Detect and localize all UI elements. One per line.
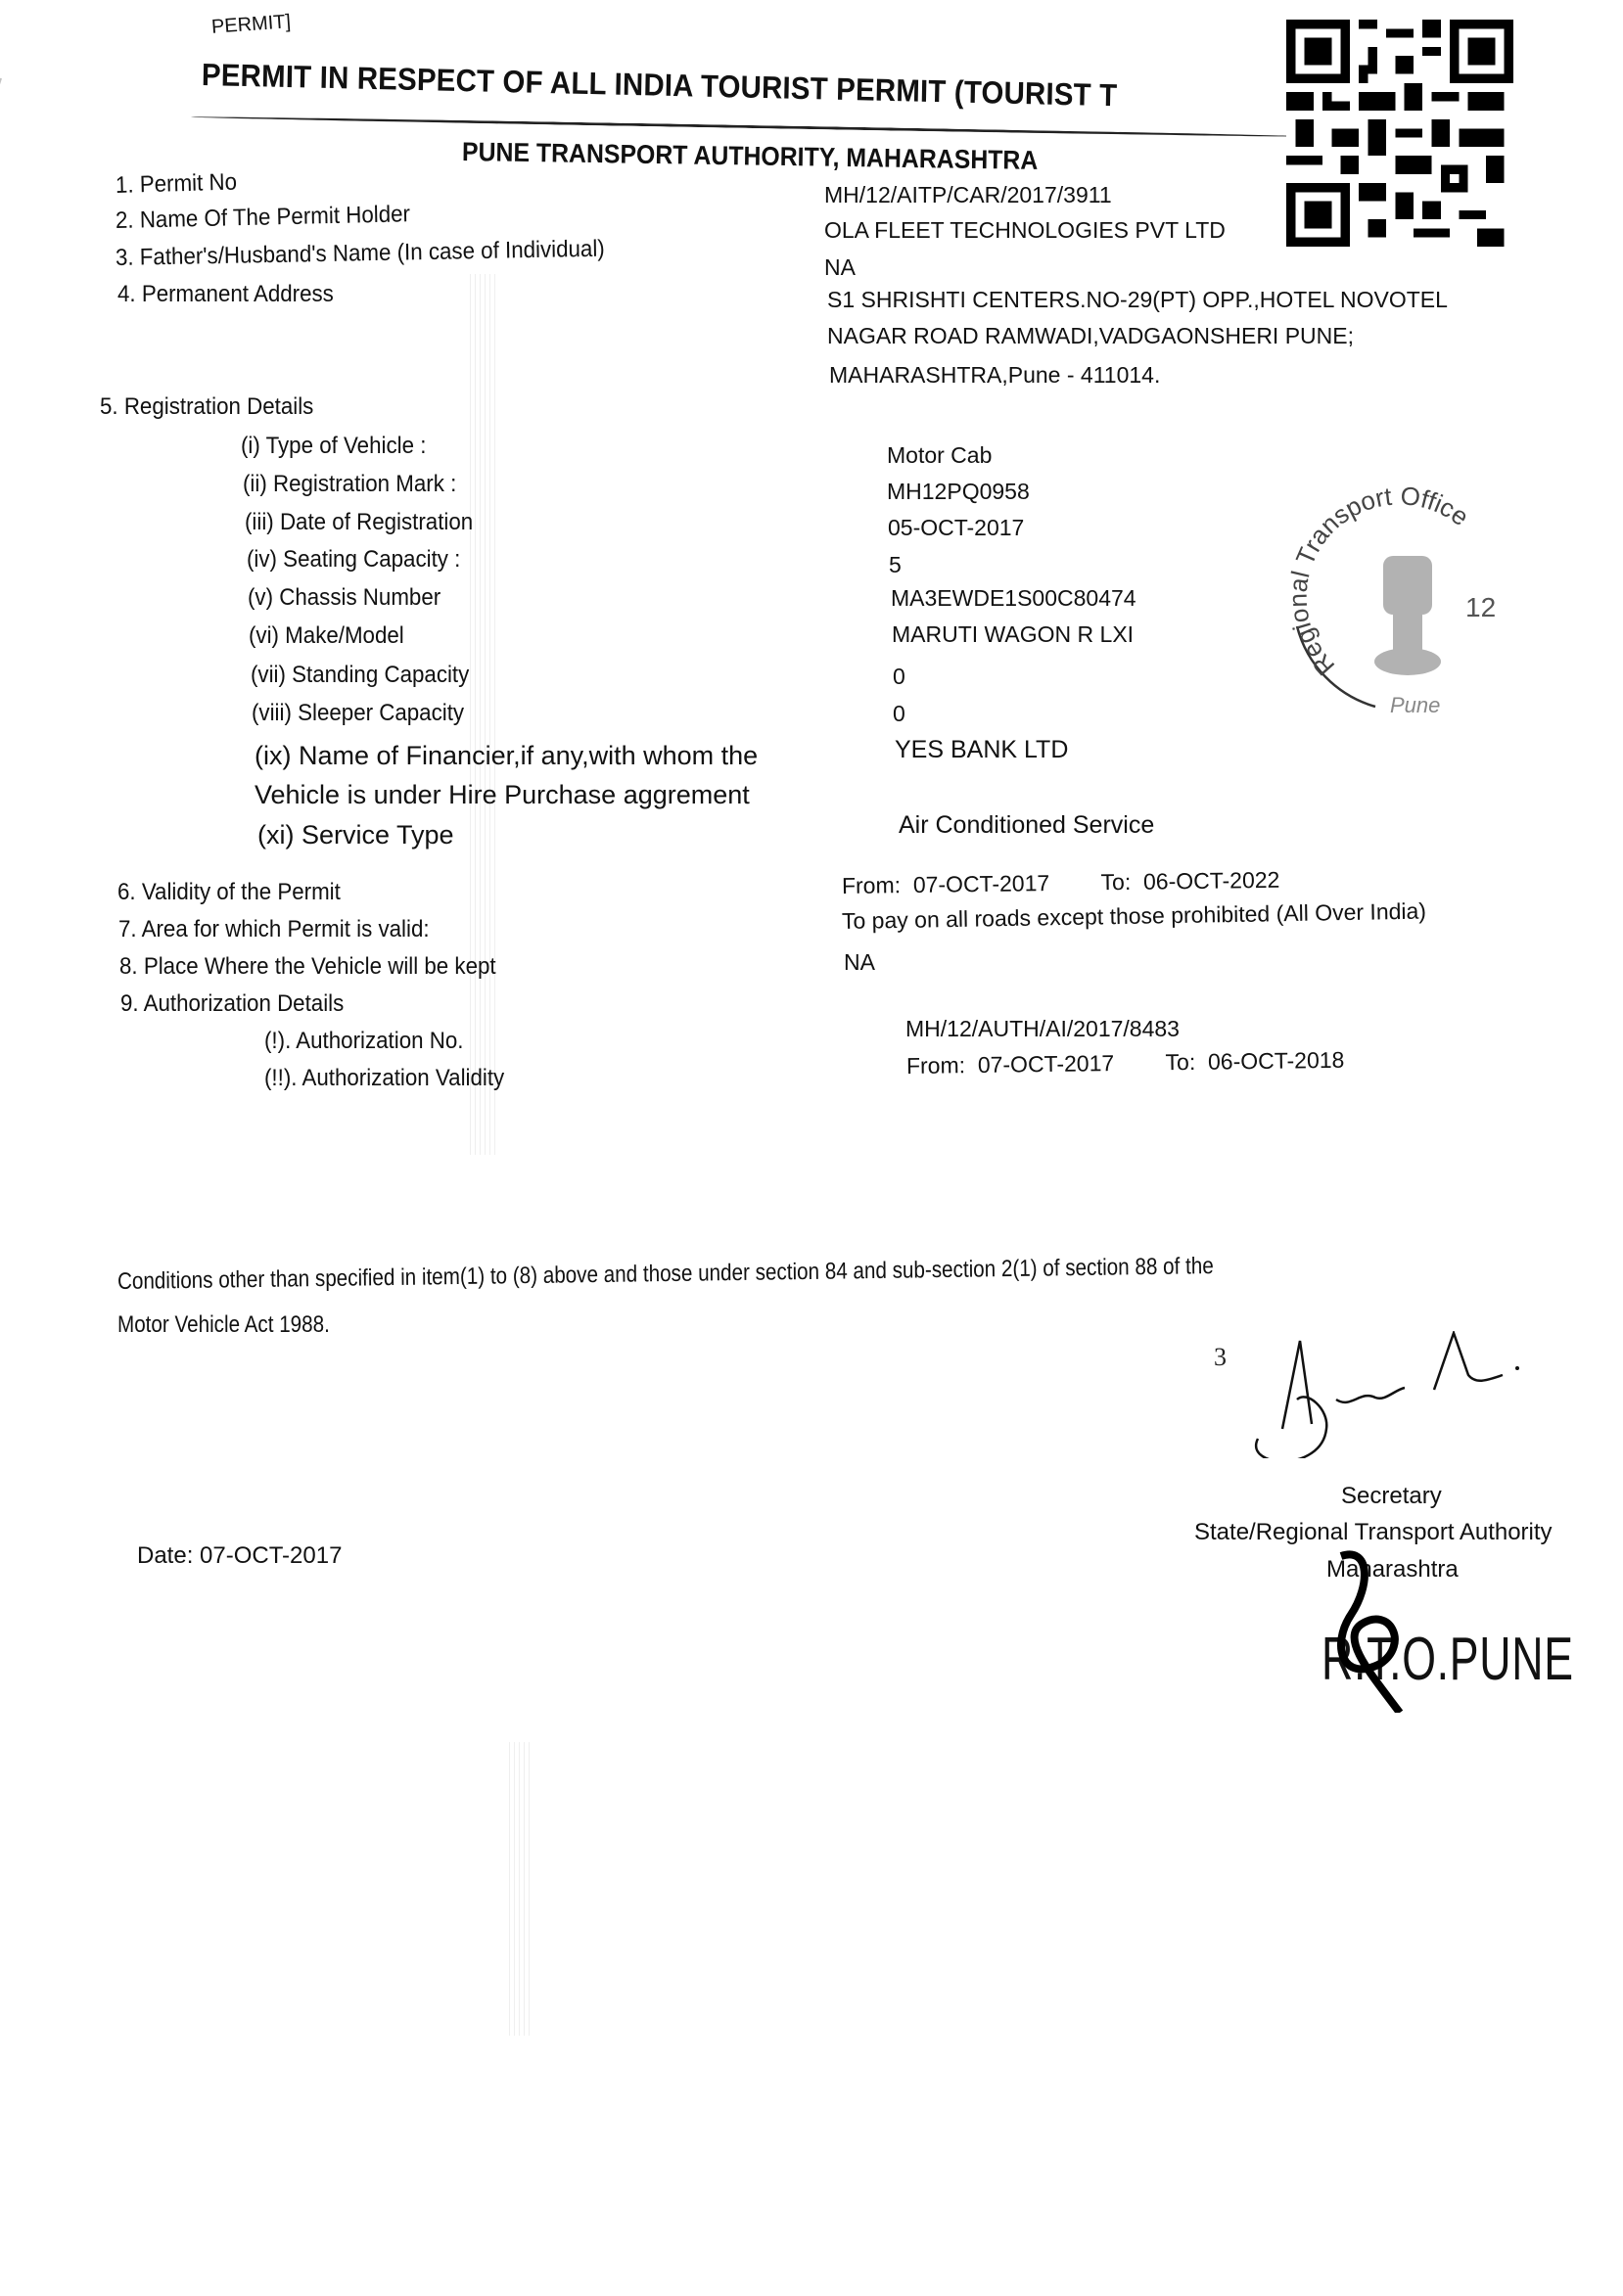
seating-capacity-value: 5: [889, 552, 902, 578]
service-type-value: Air Conditioned Service: [899, 811, 1154, 840]
chassis-number-label: (v) Chassis Number: [248, 584, 441, 612]
auth-to-label: To:: [1165, 1049, 1195, 1075]
standing-capacity-value: 0: [893, 664, 905, 690]
validity-from-date: 07-OCT-2017: [913, 870, 1050, 897]
document-subtitle: PUNE TRANSPORT AUTHORITY, MAHARASHTRA: [462, 137, 1039, 176]
holder-name-label: 2. Name Of The Permit Holder: [116, 201, 410, 235]
signature-icon: 3: [1214, 1331, 1537, 1458]
scan-edge-line: [0, 78, 2, 340]
address-line-3: MAHARASHTRA,Pune - 411014.: [829, 362, 1160, 389]
conditions-line-1: Conditions other than specified in item(…: [117, 1253, 1214, 1296]
permit-validity-range: From: 07-OCT-2017 To: 06-OCT-2022: [842, 867, 1280, 899]
chassis-number-value: MA3EWDE1S00C80474: [891, 585, 1136, 612]
father-name-label: 3. Father's/Husband's Name (In case of I…: [116, 236, 605, 272]
scan-noise: [470, 274, 499, 1155]
corner-fragment: PERMIT]: [210, 11, 292, 39]
auth-from-date: 07-OCT-2017: [978, 1050, 1115, 1078]
registration-mark-value: MH12PQ0958: [887, 479, 1030, 505]
seal-scribble-icon: [1312, 1546, 1429, 1713]
auth-from-label: From:: [906, 1052, 965, 1079]
signatory-org: State/Regional Transport Authority: [1194, 1519, 1553, 1546]
conditions-line-2: Motor Vehicle Act 1988.: [117, 1311, 330, 1339]
authorization-no-value: MH/12/AUTH/AI/2017/8483: [905, 1016, 1180, 1042]
make-model-value: MARUTI WAGON R LXI: [892, 621, 1134, 648]
authorization-no-label: (!). Authorization No.: [264, 1028, 463, 1055]
svg-text:Regional Transport Office: Regional Transport Office: [1283, 481, 1475, 681]
authorization-validity-range: From: 07-OCT-2017 To: 06-OCT-2018: [906, 1047, 1345, 1079]
stamp-city: Pune: [1390, 693, 1440, 717]
title-underline: [191, 115, 1307, 138]
place-kept-value: NA: [844, 949, 875, 976]
permit-validity-label: 6. Validity of the Permit: [117, 879, 341, 906]
permit-no-value: MH/12/AITP/CAR/2017/3911: [824, 182, 1112, 208]
auth-to-date: 06-OCT-2018: [1208, 1047, 1345, 1075]
registration-date-label: (iii) Date of Registration: [245, 509, 473, 536]
validity-to-label: To:: [1100, 869, 1131, 895]
registration-details-heading: 5. Registration Details: [100, 393, 313, 421]
financier-label-continued: Vehicle is under Hire Purchase aggrement: [255, 780, 750, 810]
scan-noise: [509, 1742, 533, 2036]
registration-mark-label: (ii) Registration Mark :: [243, 471, 456, 498]
address-label: 4. Permanent Address: [117, 281, 334, 308]
make-model-label: (vi) Make/Model: [249, 622, 404, 650]
issue-date: Date: 07-OCT-2017: [137, 1542, 342, 1570]
permit-no-label: 1. Permit No: [116, 169, 238, 200]
seating-capacity-label: (iv) Seating Capacity :: [247, 546, 460, 574]
validity-to-date: 06-OCT-2022: [1143, 867, 1280, 895]
financier-value: YES BANK LTD: [895, 736, 1068, 764]
sleeper-capacity-label: (viii) Sleeper Capacity: [252, 700, 464, 727]
document-title: PERMIT IN RESPECT OF ALL INDIA TOURIST P…: [202, 57, 1118, 114]
valid-area-label: 7. Area for which Permit is valid:: [118, 916, 430, 943]
father-name-value: NA: [824, 254, 856, 281]
rto-stamp-icon: Regional Transport Office 12 Pune: [1277, 480, 1542, 724]
sleeper-capacity-value: 0: [893, 701, 905, 727]
standing-capacity-label: (vii) Standing Capacity: [251, 662, 469, 689]
registration-date-value: 05-OCT-2017: [888, 515, 1024, 541]
qr-code-icon: [1277, 20, 1522, 247]
financier-label: (ix) Name of Financier,if any,with whom …: [255, 741, 758, 771]
address-line-1: S1 SHRISHTI CENTERS.NO-29(PT) OPP.,HOTEL…: [827, 287, 1448, 313]
authorization-details-heading: 9. Authorization Details: [120, 990, 344, 1018]
stamp-ring-text: Regional Transport Office: [1283, 481, 1475, 681]
address-line-2: NAGAR ROAD RAMWADI,VADGAONSHERI PUNE;: [827, 323, 1354, 349]
vehicle-type-label: (i) Type of Vehicle :: [241, 433, 426, 460]
vehicle-type-value: Motor Cab: [887, 442, 992, 469]
signatory-title: Secretary: [1341, 1483, 1442, 1510]
service-type-label: (xi) Service Type: [257, 820, 454, 850]
authorization-validity-label: (!!). Authorization Validity: [264, 1065, 504, 1092]
stamp-number: 12: [1465, 592, 1496, 622]
holder-name-value: OLA FLEET TECHNOLOGIES PVT LTD: [824, 217, 1226, 244]
signature-mark: 3: [1214, 1343, 1227, 1371]
validity-from-label: From:: [842, 872, 901, 898]
place-kept-label: 8. Place Where the Vehicle will be kept: [119, 953, 496, 981]
valid-area-value: To pay on all roads except those prohibi…: [842, 898, 1426, 935]
